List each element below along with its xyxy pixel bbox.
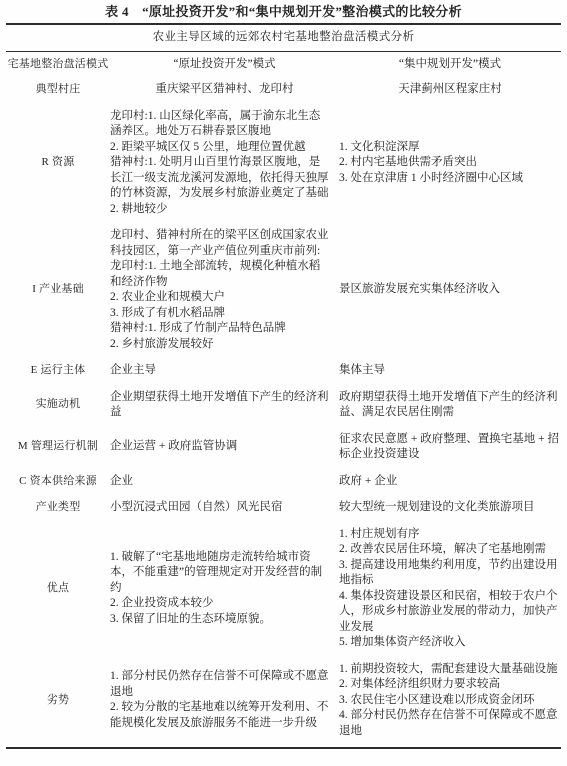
table-row-capital-source: C 资本供给来源 企业 政府 + 企业 (6, 468, 561, 495)
left-cell: 企业 (110, 474, 339, 490)
row-label: R 资源 (6, 155, 110, 171)
table-row-operating-entity: E 运行主体 企业主导 集体主导 (6, 358, 561, 385)
table-row-industry-type: 产业类型 小型沉浸式田园（自然）风光民宿 较大型统一规划建设的文化类旅游项目 (6, 495, 561, 522)
header-centralized-mode: “集中规划开发”模式 (339, 57, 561, 73)
row-label: E 运行主体 (6, 363, 110, 379)
left-cell: 重庆梁平区猎神村、龙印村 (110, 82, 339, 98)
left-cell: 企业运营 + 政府监管协调 (110, 439, 339, 455)
header-mode-column: 宅基地整治盘活模式 (6, 57, 110, 73)
left-cell: 龙印村:1. 山区绿化率高，属于渝东北生态涵养区。地处万石耕春景区腹地 2. 距… (110, 109, 339, 218)
left-cell: 企业期望获得土地开发增值下产生的经济利益 (110, 390, 339, 421)
left-cell: 企业主导 (110, 363, 339, 379)
right-cell: 政府期望获得土地开发增值下产生的经济利益、满足农民居住刚需 (339, 390, 561, 421)
right-cell: 集体主导 (339, 363, 561, 379)
row-label: 优点 (6, 581, 110, 597)
paper-page: 表 4 “原址投资开发”和“集中规划开发”整治模式的比较分析 农业主导区域的远郊… (0, 0, 567, 766)
row-label: 典型村庄 (6, 82, 110, 98)
row-label: I 产业基础 (6, 282, 110, 298)
row-label: 实施动机 (6, 397, 110, 413)
right-cell: 较大型统一规划建设的文化类旅游项目 (339, 500, 561, 516)
right-cell: 征求农民意愿 + 政府整理、置换宅基地 + 招标企业投资建设 (339, 432, 561, 463)
right-cell: 天津蓟州区程家庄村 (339, 82, 561, 98)
right-cell: 政府 + 企业 (339, 474, 561, 490)
left-cell: 龙印村、猎神村所在的梁平区创成国家农业科技园区，第一产业产值位列重庆市前列: 龙… (110, 228, 339, 352)
table-title: 表 4 “原址投资开发”和“集中规划开发”整治模式的比较分析 (0, 0, 567, 20)
table-row-advantages: 优点 1. 破解了“宅基地地随房走流转给城市资本，不能重建”的管理规定对开发经营… (6, 521, 561, 656)
row-label: 劣势 (6, 693, 110, 709)
table-row-implementation-motive: 实施动机 企业期望获得土地开发增值下产生的经济利益 政府期望获得土地开发增值下产… (6, 384, 561, 426)
right-cell: 景区旅游发展充实集体经济收入 (339, 282, 561, 298)
right-cell: 1. 前期投资较大，需配套建设大量基础设施 2. 对集体经济组织财力要求较高 3… (339, 662, 561, 740)
table-row-management-mechanism: M 管理运行机制 企业运营 + 政府监管协调 征求农民意愿 + 政府整理、置换宅… (6, 426, 561, 468)
column-spanner-heading: 农业主导区域的远郊农村宅基地整治盘活模式分析 (6, 25, 561, 51)
table-row-disadvantages: 劣势 1. 部分村民仍然存在信誉不可保障或不愿意退地 2. 较为分散的宅基地难以… (6, 656, 561, 745)
left-cell: 小型沉浸式田园（自然）风光民宿 (110, 500, 339, 516)
table-row-resources: R 资源 龙印村:1. 山区绿化率高，属于渝东北生态涵养区。地处万石耕春景区腹地… (6, 103, 561, 223)
comparison-table: 农业主导区域的远郊农村宅基地整治盘活模式分析 宅基地整治盘活模式 “原址投资开发… (0, 25, 567, 745)
table-header-row: 宅基地整治盘活模式 “原址投资开发”模式 “集中规划开发”模式 (6, 52, 561, 77)
left-cell: 1. 部分村民仍然存在信誉不可保障或不愿意退地 2. 较为分散的宅基地难以统筹开… (110, 669, 339, 731)
row-label: M 管理运行机制 (6, 439, 110, 455)
right-cell: 1. 村庄规划有序 2. 改善农民居住环境，解决了宅基地刚需 3. 提高建设用地… (339, 527, 561, 651)
row-label: C 资本供给来源 (6, 474, 110, 490)
left-cell: 1. 破解了“宅基地地随房走流转给城市资本，不能重建”的管理规定对开发经营的制约… (110, 550, 339, 628)
bottom-rule (6, 747, 561, 749)
table-row-industry-base: I 产业基础 龙印村、猎神村所在的梁平区创成国家农业科技园区，第一产业产值位列重… (6, 223, 561, 358)
right-cell: 1. 文化积淀深厚 2. 村内宅基地供需矛盾突出 3. 处在京津唐 1 小时经济… (339, 140, 561, 187)
row-label: 产业类型 (6, 500, 110, 516)
header-original-mode: “原址投资开发”模式 (110, 57, 339, 73)
table-row-typical-village: 典型村庄 重庆梁平区猎神村、龙印村 天津蓟州区程家庄村 (6, 77, 561, 104)
